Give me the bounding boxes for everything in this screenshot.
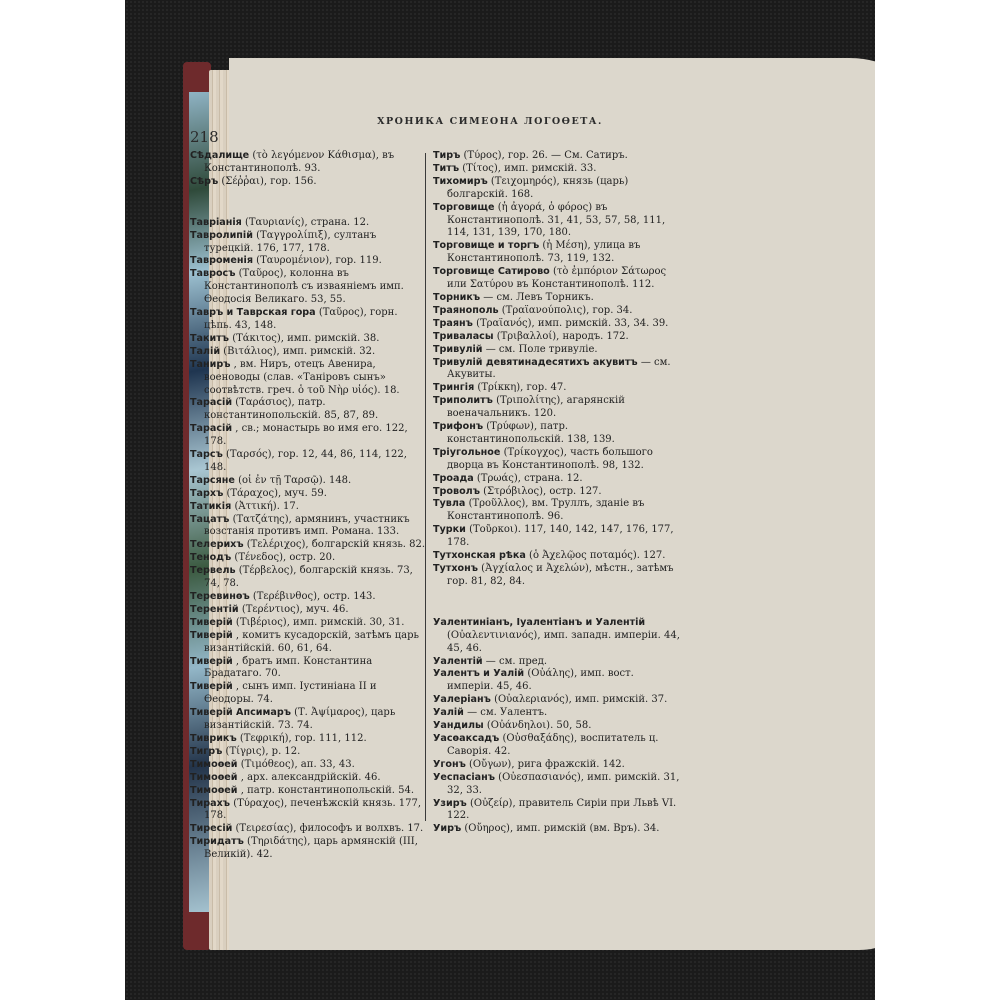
index-entry: Тиверій (Τιβέριος), имп. римскій. 30, 31…	[190, 617, 428, 630]
entry-headword: Уеспасіанъ	[433, 772, 495, 783]
index-entry: Тавръ и Таврская гора (Ταῦρος), горн. цѣ…	[190, 307, 428, 333]
entry-text: (Τειρεσίας), философъ и волхвъ. 17.	[236, 823, 424, 834]
index-entry: Траянополь (Τραϊανούπολις), гор. 34.	[433, 305, 683, 318]
entry-headword: Тихомиръ	[433, 176, 488, 187]
index-entry: Тацатъ (Τατζάτης), армянинъ, участникъ в…	[190, 514, 428, 540]
entry-headword: Трифонъ	[433, 421, 483, 432]
index-entry: Тріугольное (Τρίκογχος), часть большого …	[433, 447, 683, 473]
entry-headword: Угонъ	[433, 759, 466, 770]
entry-text: (Τάκιτος), имп. римскій. 38.	[232, 333, 379, 344]
entry-text: (Τριβαλλοί), народъ. 172.	[497, 331, 629, 342]
index-entry: Татикія (Ἀττική). 17.	[190, 501, 428, 514]
entry-headword: Тавріанія	[190, 217, 242, 228]
entry-headword: Торговище	[433, 202, 495, 213]
entry-headword: Троволъ	[433, 486, 480, 497]
entry-text: (Ταυρομένιον), гор. 119.	[256, 255, 382, 266]
entry-text: (Τοῦρκοι). 117, 140, 142, 147, 176, 177,…	[447, 524, 674, 548]
entry-text: , патр. константинопольскій. 54.	[241, 785, 414, 796]
entry-headword: Тавроменія	[190, 255, 253, 266]
entry-text: (Οὐαλεντινιανός), имп. западн. имперіи. …	[447, 630, 680, 654]
entry-headword: Талій	[190, 346, 220, 357]
index-entry: Уасѳаксадъ (Οὐσθαξάδης), воспитатель ц. …	[433, 733, 683, 759]
index-entry: Торговище (ἡ ἀγορά, ὁ φόρος) въ Констант…	[433, 202, 683, 241]
entry-text: (Τύρος), гор. 26. — См. Сатиръ.	[464, 150, 628, 161]
entry-headword: Тиверій	[190, 656, 233, 667]
entry-headword: Узиръ	[433, 798, 467, 809]
index-entry: Тигръ (Τίγρις), р. 12.	[190, 746, 428, 759]
index-entry: Тархъ (Τάραχος), муч. 59.	[190, 488, 428, 501]
entry-text: (Τερέβινθος), остр. 143.	[253, 591, 376, 602]
index-entry: Тиврикъ (Τεφρική), гор. 111, 112.	[190, 733, 428, 746]
entry-headword: Уалеріанъ	[433, 694, 491, 705]
entry-headword: Торговище и торгъ	[433, 240, 539, 251]
entry-headword: Триполитъ	[433, 395, 493, 406]
entry-headword: Турки	[433, 524, 466, 535]
entry-headword: Тенодъ	[190, 552, 231, 563]
entry-text: (Βιτάλιος), имп. римскій. 32.	[223, 346, 375, 357]
entry-text: (Τραϊανός), имп. римскій. 33, 34. 39.	[476, 318, 668, 329]
entry-headword: Татикія	[190, 501, 231, 512]
entry-text: (ὁ Ἀχελῷος ποταμός). 127.	[529, 550, 665, 561]
index-entry: Угонъ (Οὔγων), рига фражскій. 142.	[433, 759, 683, 772]
index-entry: Терентій (Τερέντιος), муч. 46.	[190, 604, 428, 617]
index-entry: Тирахъ (Τύραχος), печенѣжскій князь. 177…	[190, 798, 428, 824]
entry-text: — см. Левъ Торникъ.	[483, 292, 594, 303]
index-entry: Уалентиніанъ, Іуалентіанъ и Уалентій (Οὐ…	[433, 617, 683, 656]
entry-headword: Тривулій девятинадесятихъ акувитъ	[433, 357, 638, 368]
entry-headword: Тарасій	[190, 423, 232, 434]
index-entry: Триполитъ (Τριπολίτης), агарянскій воена…	[433, 395, 683, 421]
entry-text: (Τραϊανούπολις), гор. 34.	[502, 305, 633, 316]
index-entry: Тавросъ (Ταῦρος), колонна въ Константино…	[190, 268, 428, 307]
index-entry: Триваласы (Τριβαλλοί), народъ. 172.	[433, 331, 683, 344]
index-entry: Тиверій , братъ имп. Константина Брадата…	[190, 656, 428, 682]
entry-headword: Тирахъ	[190, 798, 230, 809]
entry-headword: Уиръ	[433, 823, 461, 834]
entry-headword: Уасѳаксадъ	[433, 733, 499, 744]
entry-text: (Τάραχος), муч. 59.	[226, 488, 326, 499]
index-entry: Уалій — см. Уалентъ.	[433, 707, 683, 720]
index-entry: Тиресій (Τειρεσίας), философъ и волхвъ. …	[190, 823, 428, 836]
index-entry: Уандилы (Οὐάνδηλοι). 50, 58.	[433, 720, 683, 733]
entry-text: (Τιμόθεος), ап. 33, 43.	[241, 759, 355, 770]
running-head: ХРОНИКА СИМЕОНА ЛОГОѲЕТА.	[340, 116, 640, 127]
index-entry: Траянъ (Τραϊανός), имп. римскій. 33, 34.…	[433, 318, 683, 331]
index-entry: Трингія (Τρίκκη), гор. 47.	[433, 382, 683, 395]
entry-text: (Τίγρις), р. 12.	[226, 746, 301, 757]
entry-text: (Σέῤῥαι), гор. 156.	[221, 176, 316, 187]
entry-text: (Ἀγχίαλος и Ἀχελών), мѣстн., затѣмъ гор.…	[447, 563, 674, 587]
entry-text: — см. пред.	[486, 656, 547, 667]
entry-headword: Тарсяне	[190, 475, 235, 486]
entry-headword: Тигръ	[190, 746, 222, 757]
entry-headword: Телерихъ	[190, 539, 244, 550]
entry-headword: Тархъ	[190, 488, 223, 499]
entry-headword: Тервель	[190, 565, 236, 576]
entry-text: (Ταυριανίς), страна. 12.	[245, 217, 369, 228]
index-entry: Тавріанія (Ταυριανίς), страна. 12.	[190, 217, 428, 230]
entry-text: — см. Поле тривуліе.	[486, 344, 598, 355]
entry-headword: Тавросъ	[190, 268, 235, 279]
entry-text: , вм. Ниръ, отецъ Авенира, военоводы (сл…	[204, 359, 400, 396]
entry-headword: Тривулій	[433, 344, 483, 355]
entry-text: (Οὐάνδηλοι). 50, 58.	[487, 720, 592, 731]
entry-headword: Тиврикъ	[190, 733, 237, 744]
index-entry: Тиверій Апсимаръ (Τ. Ἀψίμαρος), царь виз…	[190, 707, 428, 733]
index-entry: Тимоѳей , патр. константинопольскій. 54.	[190, 785, 428, 798]
entry-headword: Тиверій	[190, 617, 233, 628]
entry-headword: Торговище Сатирово	[433, 266, 550, 277]
index-entry: Уиръ (Οὔηρος), имп. римскій (вм. Връ). 3…	[433, 823, 683, 836]
entry-headword: Титъ	[433, 163, 459, 174]
index-entry: Тавроменія (Ταυρομένιον), гор. 119.	[190, 255, 428, 268]
entry-headword: Тиресій	[190, 823, 232, 834]
entry-text: , арх. александрійскій. 46.	[241, 772, 381, 783]
entry-text: (Τερέντιος), муч. 46.	[242, 604, 349, 615]
column-divider	[425, 153, 426, 821]
index-entry: Тривулій — см. Поле тривуліе.	[433, 344, 683, 357]
index-entry: Талій (Βιτάλιος), имп. римскій. 32.	[190, 346, 428, 359]
entry-text: (Οὐαλεριανός), имп. римскій. 37.	[494, 694, 667, 705]
index-entry: Троада (Τρωάς), страна. 12.	[433, 473, 683, 486]
entry-headword: Такитъ	[190, 333, 229, 344]
index-entry: Тенодъ (Τένεδος), остр. 20.	[190, 552, 428, 565]
entry-headword: Уалентиніанъ, Іуалентіанъ и Уалентій	[433, 617, 645, 628]
entry-text: (Ταρσός), гор. 12, 44, 86, 114, 122, 148…	[204, 449, 407, 473]
entry-headword: Уалентъ и Уалій	[433, 668, 524, 679]
index-column-right: Тиръ (Τύρος), гор. 26. — См. Сатиръ.Титъ…	[433, 150, 683, 836]
entry-text: (Οὐζείρ), правитель Сиріи при Львѣ VI. 1…	[447, 798, 676, 822]
entry-text: (Οὔγων), рига фражскій. 142.	[469, 759, 625, 770]
entry-headword: Трингія	[433, 382, 474, 393]
entry-headword: Тавролипій	[190, 230, 253, 241]
entry-text: , комитъ кусадорскій, затѣмъ царь визант…	[204, 630, 419, 654]
index-entry: Тиръ (Τύρος), гор. 26. — См. Сатиръ.	[433, 150, 683, 163]
entry-text: (Τύραχος), печенѣжскій князь. 177, 178.	[204, 798, 421, 822]
index-entry: Сѣдалище (τὸ λεγόμενον Κάθισμα), въ Конс…	[190, 150, 428, 176]
index-entry: Троволъ (Στρόβιλος), остр. 127.	[433, 486, 683, 499]
index-column-left: Сѣдалище (τὸ λεγόμενον Κάθισμα), въ Конс…	[190, 150, 428, 862]
index-entry: Сѣръ (Σέῤῥαι), гор. 156.	[190, 176, 428, 189]
entry-headword: Тутхонская рѣка	[433, 550, 526, 561]
entry-headword: Терентій	[190, 604, 239, 615]
index-entry: Теревинѳъ (Τερέβινθος), остр. 143.	[190, 591, 428, 604]
entry-headword: Тувла	[433, 498, 465, 509]
entry-text: (Τένεδος), остр. 20.	[234, 552, 335, 563]
entry-text: (Τέρβελος), болгарскій князь. 73, 74, 78…	[204, 565, 413, 589]
index-entry: Тихомиръ (Τειχομηρός), князь (царь) болг…	[433, 176, 683, 202]
index-entry: Трифонъ (Τρύφων), патр. константинопольс…	[433, 421, 683, 447]
index-entry: Торговище и торгъ (ἡ Μέση), улица въ Кон…	[433, 240, 683, 266]
index-entry: Таниръ , вм. Ниръ, отецъ Авенира, военов…	[190, 359, 428, 398]
entry-text: , св.; монастырь во имя его. 122, 178.	[204, 423, 408, 447]
entry-headword: Тріугольное	[433, 447, 500, 458]
entry-text: (Τρίκκη), гор. 47.	[477, 382, 566, 393]
entry-text: (Τροῦλλος), вм. Труллъ, зданіе въ Конста…	[447, 498, 644, 522]
index-entry: Тарсъ (Ταρσός), гор. 12, 44, 86, 114, 12…	[190, 449, 428, 475]
index-entry: Узиръ (Οὐζείρ), правитель Сиріи при Львѣ…	[433, 798, 683, 824]
entry-text: (Τεφρική), гор. 111, 112.	[240, 733, 367, 744]
entry-headword: Траянополь	[433, 305, 499, 316]
entry-headword: Тавръ и Таврская гора	[190, 307, 316, 318]
entry-text: (Τελέριχος), болгарскій князь. 82.	[247, 539, 425, 550]
entry-text: (οἱ ἐν τῇ Ταρσῷ). 148.	[238, 475, 351, 486]
index-entry: Тарсяне (οἱ ἐν τῇ Ταρσῷ). 148.	[190, 475, 428, 488]
entry-headword: Торникъ	[433, 292, 480, 303]
entry-headword: Троада	[433, 473, 474, 484]
entry-text: (Τρωάς), страна. 12.	[477, 473, 583, 484]
entry-text: (Στρόβιλος), остр. 127.	[483, 486, 602, 497]
index-entry: Телерихъ (Τελέριχος), болгарскій князь. …	[190, 539, 428, 552]
index-entry: Тарасій (Ταράσιος), патр. константинопол…	[190, 397, 428, 423]
index-entry: Тривулій девятинадесятихъ акувитъ — см. …	[433, 357, 683, 383]
index-entry: Тутхонъ (Ἀγχίαλος и Ἀχελών), мѣстн., зат…	[433, 563, 683, 589]
entry-headword: Тиверій	[190, 681, 233, 692]
index-entry: Тиверій , сынъ имп. Іустиніана II и Ѳеод…	[190, 681, 428, 707]
index-entry: Тутхонская рѣка (ὁ Ἀχελῷος ποταμός). 127…	[433, 550, 683, 563]
index-entry: Тиридатъ (Τηριδάτης), царь армянскій (II…	[190, 836, 428, 862]
index-entry: Уеспасіанъ (Οὐεσπασιανός), имп. римскій.…	[433, 772, 683, 798]
entry-headword: Таниръ	[190, 359, 230, 370]
entry-headword: Сѣръ	[190, 176, 218, 187]
entry-headword: Тиридатъ	[190, 836, 244, 847]
index-entry: Тервель (Τέρβελος), болгарскій князь. 73…	[190, 565, 428, 591]
index-entry: Тавролипій (Ταγγρολίπιξ), султанъ турецк…	[190, 230, 428, 256]
entry-text: (Τιβέριος), имп. римскій. 30, 31.	[236, 617, 405, 628]
entry-headword: Тимоѳей	[190, 772, 238, 783]
entry-headword: Теревинѳъ	[190, 591, 250, 602]
index-entry: Турки (Τοῦρκοι). 117, 140, 142, 147, 176…	[433, 524, 683, 550]
entry-text: (Τίτος), имп. римскій. 33.	[462, 163, 596, 174]
index-entry: Тиверій , комитъ кусадорскій, затѣмъ цар…	[190, 630, 428, 656]
entry-headword: Сѣдалище	[190, 150, 249, 161]
index-entry: Тимоѳей , арх. александрійскій. 46.	[190, 772, 428, 785]
entry-headword: Уандилы	[433, 720, 484, 731]
entry-headword: Тиръ	[433, 150, 460, 161]
entry-text: (Τατζάτης), армянинъ, участникъ возстані…	[204, 514, 410, 538]
entry-text: (Οὔηρος), имп. римскій (вм. Връ). 34.	[464, 823, 659, 834]
index-entry: Уалентій — см. пред.	[433, 656, 683, 669]
entry-headword: Тутхонъ	[433, 563, 478, 574]
index-entry: Торговище Сатирово (τὸ ἐμπόριον Σάτωρος …	[433, 266, 683, 292]
index-entry: Тарасій , св.; монастырь во имя его. 122…	[190, 423, 428, 449]
entry-text: — см. Уалентъ.	[467, 707, 547, 718]
entry-headword: Уалентій	[433, 656, 483, 667]
entry-headword: Тиверій	[190, 630, 233, 641]
entry-headword: Траянъ	[433, 318, 473, 329]
index-entry: Уалеріанъ (Οὐαλεριανός), имп. римскій. 3…	[433, 694, 683, 707]
index-entry: Такитъ (Τάκιτος), имп. римскій. 38.	[190, 333, 428, 346]
entry-headword: Триваласы	[433, 331, 494, 342]
entry-text: (Ἀττική). 17.	[234, 501, 299, 512]
entry-headword: Тацатъ	[190, 514, 229, 525]
entry-headword: Уалій	[433, 707, 464, 718]
entry-headword: Тиверій Апсимаръ	[190, 707, 291, 718]
entry-headword: Тарасій	[190, 397, 232, 408]
index-entry: Тимоѳей (Τιμόθεος), ап. 33, 43.	[190, 759, 428, 772]
index-entry: Тувла (Τροῦλλος), вм. Труллъ, зданіе въ …	[433, 498, 683, 524]
index-entry: Титъ (Τίτος), имп. римскій. 33.	[433, 163, 683, 176]
page-number: 218	[190, 128, 219, 146]
entry-headword: Тимоѳей	[190, 785, 238, 796]
index-entry: Торникъ — см. Левъ Торникъ.	[433, 292, 683, 305]
entry-headword: Тимоѳей	[190, 759, 238, 770]
entry-headword: Тарсъ	[190, 449, 223, 460]
index-entry: Уалентъ и Уалій (Οὐάλης), имп. вост. имп…	[433, 668, 683, 694]
